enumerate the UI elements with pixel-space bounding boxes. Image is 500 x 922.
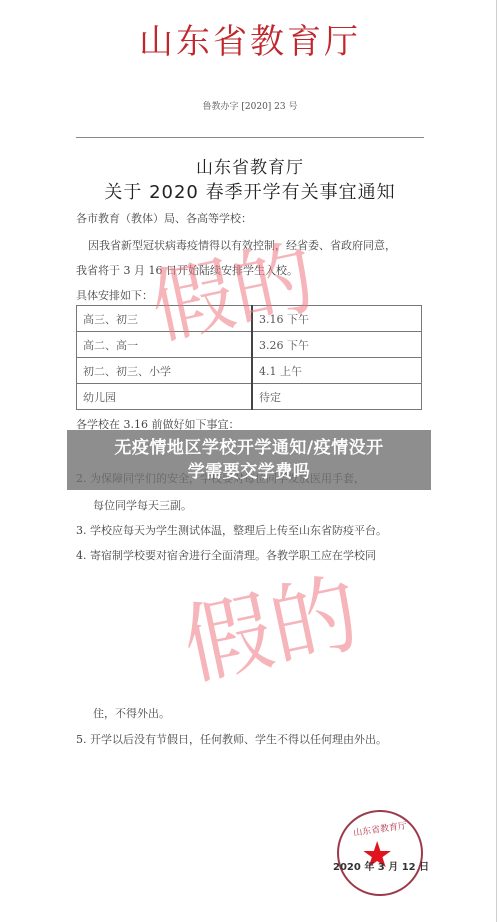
time-cell: 3.26 下午: [252, 332, 422, 358]
schedule-intro: 具体安排如下：: [76, 287, 153, 303]
time-cell: 3.16 下午: [252, 306, 422, 332]
group-cell: 高三、初三: [77, 306, 253, 332]
notice-title: 关于 2020 春季开学有关事宜通知: [0, 178, 500, 204]
official-seal: 山东省教育厅 ★: [337, 810, 423, 896]
time-cell: 待定: [252, 384, 422, 410]
item-3: 3. 学校应每天为学生测试体温，整理后上传至山东省防疫平台。: [76, 522, 387, 538]
item-5: 5. 开学以后没有节假日，任何教师、学生不得以任何理由外出。: [76, 731, 387, 747]
banner-line-2: 学需要交学费吗: [67, 460, 431, 484]
masthead-title: 山东省教育厅: [0, 14, 500, 63]
table-row: 初二、初三、小学 4.1 上午: [77, 358, 422, 384]
document-number: 鲁教办字 [2020] 23 号: [0, 99, 500, 112]
table-row: 高二、高一 3.26 下午: [77, 332, 422, 358]
schedule-table: 高三、初三 3.16 下午 高二、高一 3.26 下午 初二、初三、小学 4.1…: [76, 305, 422, 410]
group-cell: 幼儿园: [77, 384, 253, 410]
banner-line-1: 无疫情地区学校开学通知/疫情没开: [67, 436, 431, 460]
header-divider: [76, 137, 424, 138]
group-cell: 高二、高一: [77, 332, 253, 358]
fake-watermark: 假的: [171, 543, 369, 703]
item-4: 4. 寄宿制学校要对宿舍进行全面清理。各教学职工应在学校同: [76, 547, 376, 563]
group-cell: 初二、初三、小学: [77, 358, 253, 384]
article-title-banner: 无疫情地区学校开学通知/疫情没开 学需要交学费吗: [67, 430, 431, 490]
item-2-continued: 每位同学每天三副。: [93, 497, 192, 513]
table-row: 高三、初三 3.16 下午: [77, 306, 422, 332]
item-4-continued: 住，不得外出。: [93, 705, 170, 721]
time-cell: 4.1 上午: [252, 358, 422, 384]
document-page: 山东省教育厅 鲁教办字 [2020] 23 号 山东省教育厅 关于 2020 春…: [0, 0, 497, 922]
salutation: 各市教育（教体）局、各高等学校：: [76, 210, 252, 226]
table-row: 幼儿园 待定: [77, 384, 422, 410]
intro-line-2: 我省将于 3 月 16 日开始陆续安排学生入校。: [76, 262, 298, 278]
intro-line-1: 因我省新型冠状病毒疫情得以有效控制，经省委、省政府同意，: [88, 237, 396, 253]
notice-issuer: 山东省教育厅: [0, 153, 500, 178]
issue-date: 2020 年 3 月 12 日: [333, 858, 429, 873]
